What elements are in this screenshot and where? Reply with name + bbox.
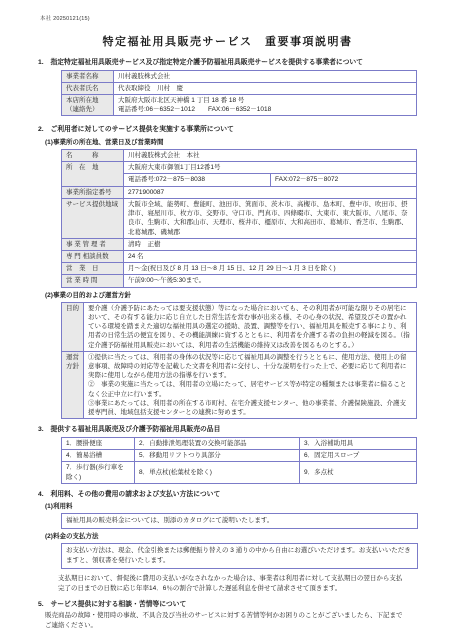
section2-sub1: (1)事業所の所在地、営業日及び営業時間 (45, 138, 417, 147)
office-fax-value: FAX:072－875－8072 (271, 174, 417, 186)
provider-table: 事業者名称 川村義肢株式会社 代表者氏名 代表取締役 川村 慶 本店所在地 （連… (61, 70, 417, 117)
table-row: 名 称 川村義肢株式会社 本社 (62, 150, 417, 162)
provider-name-value: 川村義肢株式会社 (114, 70, 417, 82)
policy-item-3: ③事業にあたっては、利用者の所在する市町村、在宅介護支援センター、他の事業者、介… (88, 399, 412, 417)
item-cell: 2．自動排泄処理装置の交換可能部品 (135, 437, 300, 449)
consultant-count-value: 24 名 (124, 250, 417, 262)
section2-heading: 2. ご利用者に対してのサービス提供を実施する事業所について (38, 125, 417, 135)
page-title: 特定福祉用具販売サービス 重要事項説明書 (0, 0, 455, 49)
payment-method-box: お支払い方法は、現金、代金引換または郵便振り替えの 3 通りの中から自由にお選び… (61, 543, 418, 569)
office-name-value: 川村義肢株式会社 本社 (124, 150, 417, 162)
representative-value: 代表取締役 川村 慶 (114, 82, 417, 94)
office-license-value: 2771900087 (124, 186, 417, 198)
item-cell: 8．単点杖(松葉杖を除く) (135, 462, 300, 483)
section4-sub1: (1)利用料 (45, 502, 417, 511)
purpose-policy-table: 目的 要介護（介護予防にあたっては要支援状態）等になった場合においても、その利用… (61, 302, 417, 420)
hq-address-value: 大阪府大阪市北区天神橋 1 丁目 18 番 18 号 電話番号:06－6352－… (114, 94, 417, 115)
hq-address-label: 本店所在地 （連絡先） (62, 94, 114, 115)
section2-sub2: (2)事業の目的および運営方針 (45, 291, 417, 300)
item-cell: 9．多点杖 (300, 462, 417, 483)
item-cell: 3．入浴補助用具 (300, 437, 417, 449)
table-row: 1．腰掛便座 2．自動排泄処理装置の交換可能部品 3．入浴補助用具 (62, 437, 417, 449)
purpose-label: 目的 (62, 302, 84, 351)
office-license-label: 事業所指定番号 (62, 186, 124, 198)
policy-item-1: ①提供に当たっては、利用者の身体の状況等に応じて福祉用具の調整を行うとともに、使… (88, 353, 412, 381)
hq-address-line: 大阪府大阪市北区天神橋 1 丁目 18 番 18 号 (118, 96, 412, 105)
section4-heading: 4. 利用料、その他の費用の請求および支払い方法について (38, 490, 417, 500)
policy-text: ①提供に当たっては、利用者の身体の状況等に応じて福祉用具の調整を行うとともに、使… (84, 351, 417, 419)
table-row: 事 業 管 理 者 清時 正樹 (62, 238, 417, 250)
office-table: 名 称 川村義肢株式会社 本社 所 在 地 大阪府大東市御領1丁目12番1号 電… (61, 149, 417, 288)
business-days-value: 月～金(祝日及び 8 月 13 日～8 月 15 日、12 月 29 日～1 月… (124, 263, 417, 275)
table-row: 所 在 地 大阪府大東市御領1丁目12番1号 (62, 162, 417, 174)
table-row: 事業所指定番号 2771900087 (62, 186, 417, 198)
table-row: 本店所在地 （連絡先） 大阪府大阪市北区天神橋 1 丁目 18 番 18 号 電… (62, 94, 417, 115)
document-page: 本社 20250121(15) 特定福祉用具販売サービス 重要事項説明書 1. … (0, 0, 455, 644)
policy-label: 運営 方針 (62, 351, 84, 419)
office-name-label: 名 称 (62, 150, 124, 162)
table-row: 事業者名称 川村義肢株式会社 (62, 70, 417, 82)
item-cell: 7．歩行器(歩行車を除く) (62, 462, 135, 483)
business-hours-value: 午前9:00～午後5:30まで。 (124, 275, 417, 287)
table-row: 営 業 時 間 午前9:00～午後5:30まで。 (62, 275, 417, 287)
manager-label: 事 業 管 理 者 (62, 238, 124, 250)
manager-value: 清時 正樹 (124, 238, 417, 250)
service-area-value: 大阪市全域、能勢町、豊能町、池田市、箕面市、茨木市、高槻市、島本町、豊中市、吹田… (124, 198, 417, 238)
office-tel-value: 電話番号:072－875－8038 (124, 174, 271, 186)
purpose-text: 要介護（介護予防にあたっては要支援状態）等になった場合においても、その利用者が可… (84, 302, 417, 351)
fee-box: 福祉用具の販売料金については、別添のカタログにて説明いたします。 (61, 513, 418, 529)
complaints-paragraph: 販売商品の故障・使用時の事故、不具合及び当社のサービスに対する苦情等何かお困りの… (45, 611, 405, 631)
section5-heading: 5. サービス提供に対する相談・苦情等について (38, 600, 417, 610)
consultant-count-label: 専 門 相談員数 (62, 250, 124, 262)
provider-name-label: 事業者名称 (62, 70, 114, 82)
office-address-label: 所 在 地 (62, 162, 124, 186)
section3-heading: 3. 提供する福祉用具販売及び介護予防福祉用具販売の品目 (38, 425, 417, 435)
item-cell: 5．移動用リフトつり具部分 (135, 450, 300, 462)
table-row: 目的 要介護（介護予防にあたっては要支援状態）等になった場合においても、その利用… (62, 302, 417, 351)
complaints-line1: 販売商品の故障・使用時の事故、不具合及び当社のサービスに対する苦情等何かお困りの… (45, 612, 364, 619)
office-address-value: 大阪府大東市御領1丁目12番1号 (124, 162, 417, 174)
business-hours-label: 営 業 時 間 (62, 275, 124, 287)
hq-contact-line: 電話番号:06－6352－1012 FAX:06－6352－1018 (118, 105, 412, 114)
section1-heading: 1. 指定特定福祉用具販売サービス及び指定特定介護予防福祉用具販売サービスを提供… (38, 58, 417, 68)
business-days-label: 営 業 日 (62, 263, 124, 275)
table-row: 運営 方針 ①提供に当たっては、利用者の身体の状況等に応じて福祉用具の調整を行う… (62, 351, 417, 419)
item-cell: 1．腰掛便座 (62, 437, 135, 449)
table-row: 専 門 相談員数 24 名 (62, 250, 417, 262)
table-row: 代表者氏名 代表取締役 川村 慶 (62, 82, 417, 94)
table-row: 7．歩行器(歩行車を除く) 8．単点杖(松葉杖を除く) 9．多点杖 (62, 462, 417, 483)
document-body: 1. 指定特定福祉用具販売サービス及び指定特定介護予防福祉用具販売サービスを提供… (38, 58, 417, 631)
item-cell: 4．簡易浴槽 (62, 450, 135, 462)
item-cell: 6．固定用スロープ (300, 450, 417, 462)
policy-item-2: ② 事業の実施に当たっては、利用者の立場にたって、居宅サービス等が特定の種類また… (88, 380, 412, 398)
items-table: 1．腰掛便座 2．自動排泄処理装置の交換可能部品 3．入浴補助用具 4．簡易浴槽… (61, 437, 417, 484)
table-row: サービス提供地域 大阪市全域、能勢町、豊能町、池田市、箕面市、茨木市、高槻市、島… (62, 198, 417, 238)
table-row: 4．簡易浴槽 5．移動用リフトつり具部分 6．固定用スロープ (62, 450, 417, 462)
late-payment-note: 支払期日において、督促後に費用の支払いがなされなかった場合は、事業者は利用者に対… (58, 574, 405, 594)
table-row: 営 業 日 月～金(祝日及び 8 月 13 日～8 月 15 日、12 月 29… (62, 263, 417, 275)
service-area-label: サービス提供地域 (62, 198, 124, 238)
section4-sub2: (2)料金の支払方法 (45, 532, 417, 541)
doc-revision-ref: 本社 20250121(15) (40, 14, 90, 22)
representative-label: 代表者氏名 (62, 82, 114, 94)
